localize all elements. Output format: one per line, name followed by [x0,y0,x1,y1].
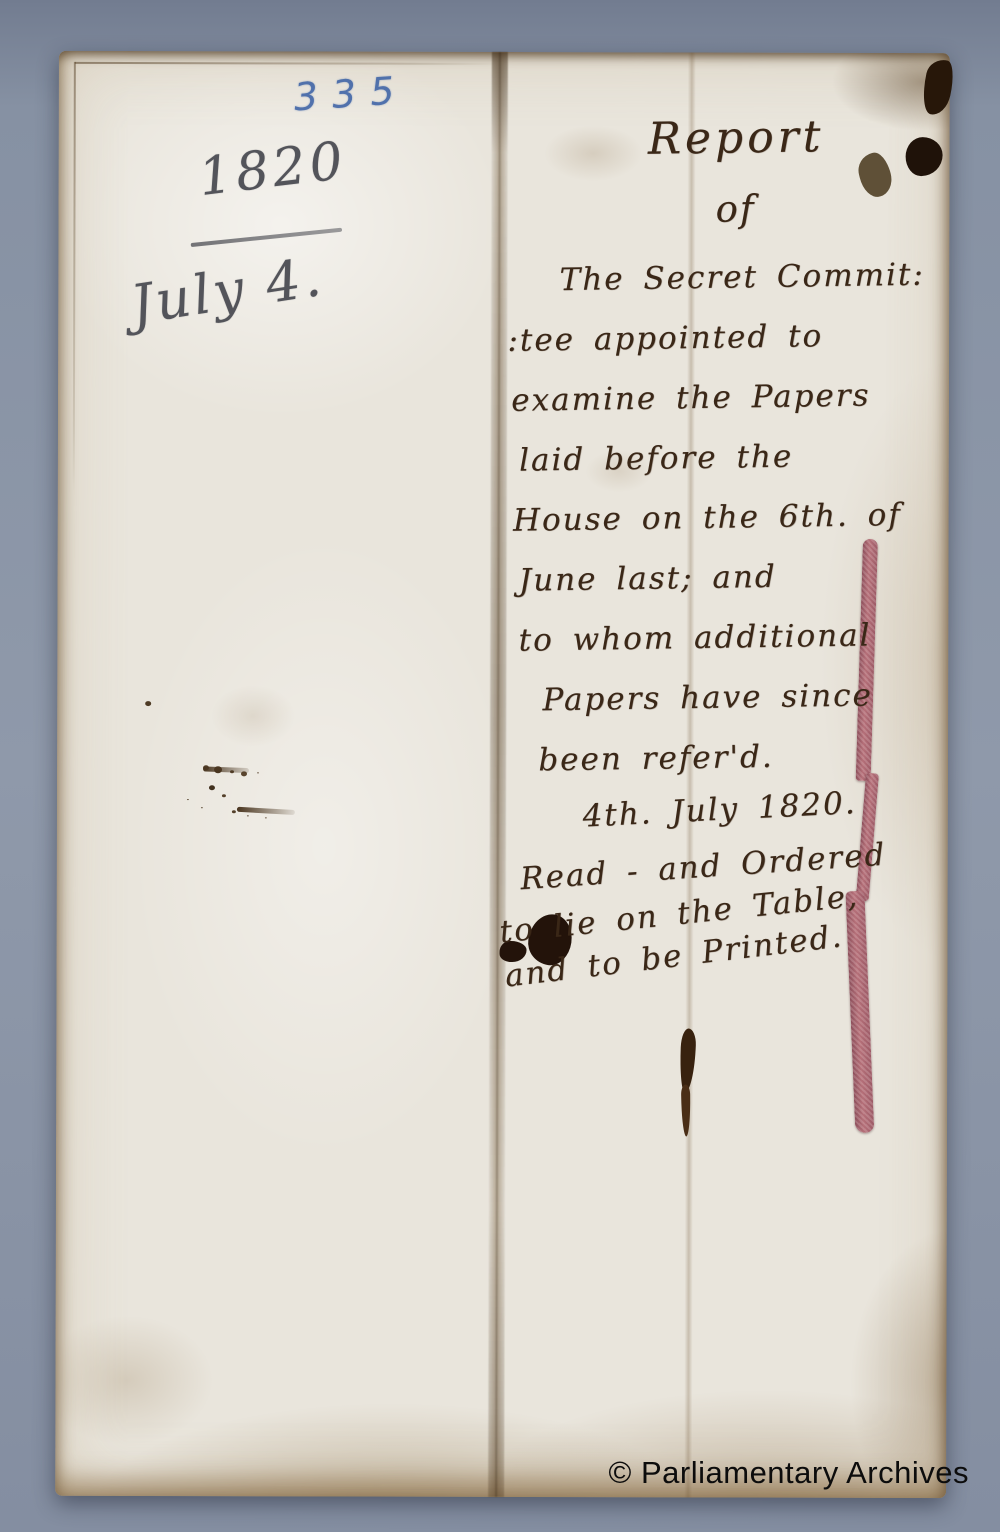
manuscript-line: :tee appointed to [497,316,958,383]
manuscript-document: 335 1820 July 4. ReportofThe Secret Comm… [55,51,950,1498]
manuscript-line: Report [497,109,958,191]
manuscript-line: Papers have since [496,676,957,743]
photo-background: 335 1820 July 4. ReportofThe Secret Comm… [0,0,1000,1532]
manuscript-line: June last; and [497,556,958,623]
ink-spatter-smear [203,766,249,773]
endorsement-date: July 4. [127,245,328,337]
crease-ink-stain [679,1028,696,1093]
title-page-text: ReportofThe Secret Commit::tee appointed… [496,116,958,1006]
manuscript-line: House on the 6th. of [497,496,958,563]
ink-spatter-smear [237,807,295,815]
archival-number-stamp: 335 [292,68,409,120]
endorsement-year: 1820 [196,131,350,208]
manuscript-line: of [497,184,958,263]
sheet-edge-left [73,62,76,492]
manuscript-line: to whom additional [496,616,957,683]
manuscript-line: examine the Papers [497,376,958,443]
ink-spatter [145,701,151,706]
manuscript-line: The Secret Commit: [497,256,958,323]
endorsement-year-underline [191,228,343,247]
manuscript-line: laid before the [497,436,958,503]
sheet-edge-top [75,62,495,65]
copyright-watermark: © Parliamentary Archives [609,1455,969,1491]
